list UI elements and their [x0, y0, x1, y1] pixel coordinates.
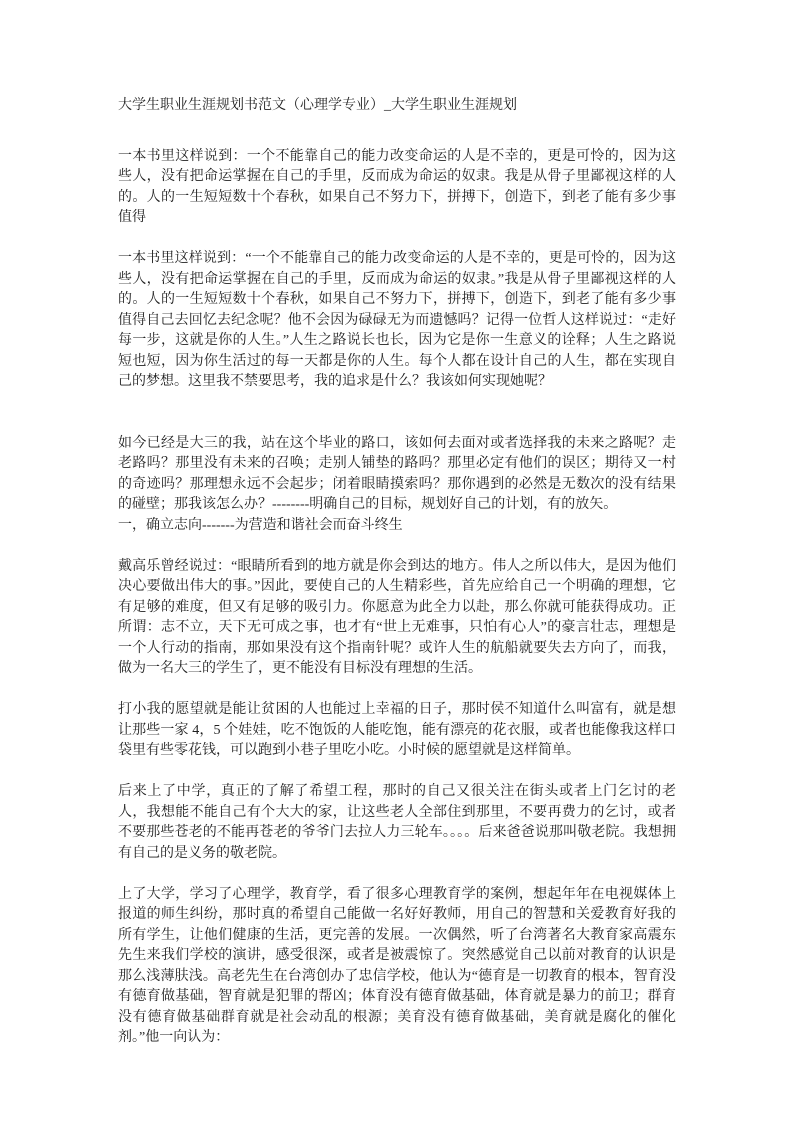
document-title: 大学生职业生涯规划书范文（心理学专业）_大学生职业生涯规划 — [118, 96, 676, 117]
paragraph-childhood-wish: 打小我的愿望就是能让贫困的人也能过上幸福的日子，那时侯不知道什么叫富有，就是想让… — [118, 700, 676, 762]
paragraph-de-gaulle: 戴高乐曾经说过：“眼睛所看到的地方就是你会到达的地方。伟人之所以伟大，是因为他们… — [118, 557, 676, 680]
paragraph-quote-full: 一本书里这样说到：“一个不能靠自己的能力改变命运的人是不幸的，更是可怜的，因为这… — [118, 249, 676, 393]
document-page: 大学生职业生涯规划书范文（心理学专业）_大学生职业生涯规划 一本书里这样说到：一… — [0, 0, 793, 1122]
paragraph-middle-school: 后来上了中学，真正的了解了希望工程，那时的自己又很关注在街头或者上门乞讨的老人，… — [118, 782, 676, 864]
paragraph-quote-truncated: 一本书里这样说到：一个不能靠自己的能力改变命运的人是不幸的，更是可怜的，因为这些… — [118, 147, 676, 229]
section-heading-aspiration: 一，确立志向-------为营造和谐社会而奋斗终生 — [118, 516, 676, 537]
paragraph-university: 上了大学，学习了心理学，教育学，看了很多心理教育学的案例，想起年年在电视媒体上报… — [118, 885, 676, 1049]
paragraph-crossroads: 如今已经是大三的我，站在这个毕业的路口，该如何去面对或者选择我的未来之路呢？走老… — [118, 434, 676, 516]
